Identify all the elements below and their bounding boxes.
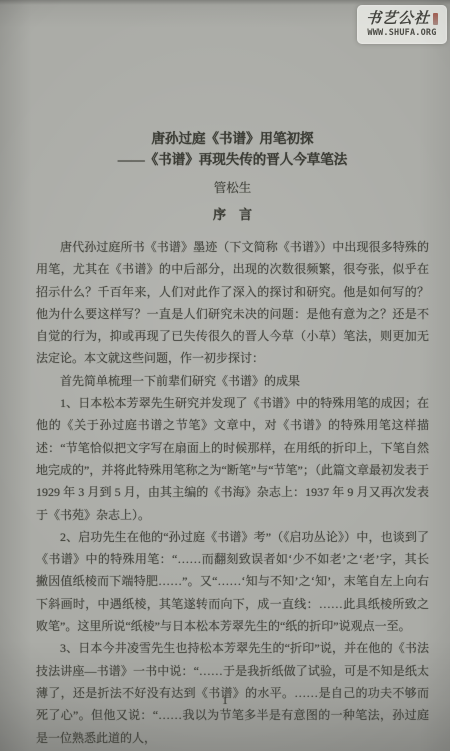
section-heading: 序 言 [36,206,429,224]
paragraph-point-3: 3、日本今井凌雪先生也持松本芳翠先生的“折印”说，并在他的《书法技法讲座—书谱》… [36,637,429,748]
document-subtitle: ——《书谱》再现失传的晋人今草笔法 [36,149,429,170]
page-number: 1 [0,695,450,707]
document-content: 唐孙过庭《书谱》用笔初探 ——《书谱》再现失传的晋人今草笔法 管松生 序 言 唐… [36,0,429,749]
paragraph-intro: 唐代孙过庭所书《书谱》墨迹（下文简称《书谱》）中出现很多特殊的用笔，尤其在《书谱… [36,236,429,370]
red-seal-icon [433,13,438,25]
author-name: 管松生 [36,179,429,197]
paragraph-summary-lead: 首先简单梳理一下前辈们研究《书谱》的成果 [36,370,429,392]
paragraph-point-2: 2、启功先生在他的“孙过庭《书谱》考”（《启功丛论》）中，也谈到了《书谱》中的特… [36,526,429,637]
body-text: 唐代孙过庭所书《书谱》墨迹（下文简称《书谱》）中出现很多特殊的用笔，尤其在《书谱… [36,236,429,749]
photographed-document-page: 书艺公社 WWW.SHUFA.ORG 唐孙过庭《书谱》用笔初探 ——《书谱》再现… [0,0,450,751]
paragraph-point-1: 1、日本松本芳翠先生研究并发现了《书谱》中的特殊用笔的成因；在他的《关于孙过庭书… [36,392,429,526]
document-title: 唐孙过庭《书谱》用笔初探 [36,129,429,149]
